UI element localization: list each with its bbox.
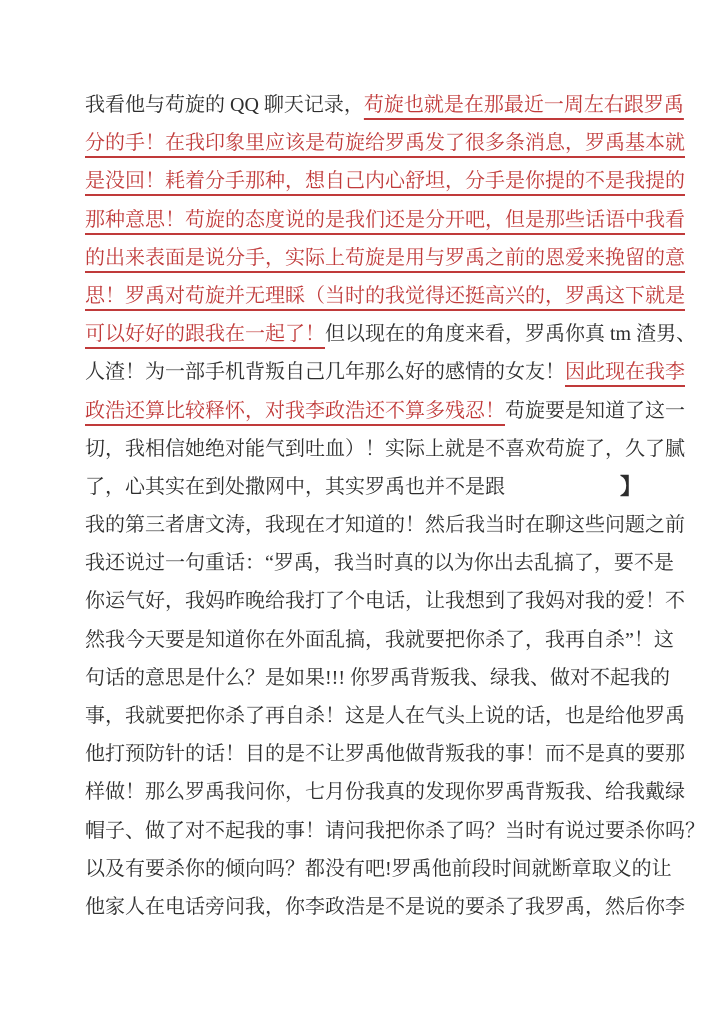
text-line: 我的第三者唐文涛，我现在才知道的！然后我当时在聊这些问题之前 [85,506,642,544]
text-line: 的出来表面是说分手，实际上苟旋是用与罗禹之前的恩爱来挽留的意 [85,239,642,277]
red-underlined-text-segment: 分的手！在我印象里应该是苟旋给罗禹发了很多条消息，罗禹基本就 [85,132,685,154]
text-line: 然我今天要是知道你在外面乱搞，我就要把你杀了，我再自杀”！这 [85,621,642,659]
text-line: 政浩还算比较释怀，对我李政浩还不算多残忍！苟旋要是知道了这一 [85,392,642,430]
text-line: 帽子、做了对不起我的事！请问我把你杀了吗？当时有说过要杀你吗？ [85,812,642,850]
text-line: 以及有要杀你的倾向吗？都没有吧!罗禹他前段时间就断章取义的让 [85,850,642,888]
text-block: 我看他与苟旋的 QQ 聊天记录，苟旋也就是在那最近一周左右跟罗禹分的手！在我印象… [85,86,642,926]
text-line: 人渣！为一部手机背叛自己几年那么好的感情的女友！因此现在我李 [85,353,642,391]
body-text-segment: 样做！那么罗禹我问你，七月份我真的发现你罗禹背叛我、给我戴绿 [85,781,685,803]
body-text-segment: 帽子、做了对不起我的事！请问我把你杀了吗？当时有说过要杀你吗？ [85,820,705,842]
red-underlined-text-segment: 的出来表面是说分手，实际上苟旋是用与罗禹之前的恩爱来挽留的意 [85,247,685,269]
body-text-segment: 我还说过一句重话：“罗禹，我当时真的以为你出去乱搞了，要不是 [85,552,674,574]
red-underlined-text-segment: 是没回！耗着分手那种，想自己内心舒坦，分手是你提的不是我提的 [85,170,685,192]
document-page: 我看他与苟旋的 QQ 聊天记录，苟旋也就是在那最近一周左右跟罗禹分的手！在我印象… [0,0,724,1024]
red-underlined-text-segment: 政浩还算比较释怀，对我李政浩还不算多残忍！ [85,400,505,422]
body-text-segment: 我看他与苟旋的 QQ 聊天记录， [85,94,364,116]
text-line: 样做！那么罗禹我问你，七月份我真的发现你罗禹背叛我、给我戴绿 [85,773,642,811]
text-line: 可以好好的跟我在一起了！但以现在的角度来看，罗禹你真 tm 渣男、 [85,315,642,353]
red-underlined-text-segment: 苟旋也就是在那最近一周左右跟罗禹 [364,94,684,116]
text-line: 我还说过一句重话：“罗禹，我当时真的以为你出去乱搞了，要不是 [85,544,642,582]
body-text-segment: 事，我就要把你杀了再自杀！这是人在气头上说的话，也是给他罗禹 [85,705,685,727]
text-line: 思！罗禹对苟旋并无理睬（当时的我觉得还挺高兴的，罗禹这下就是 [85,277,642,315]
text-line: 我看他与苟旋的 QQ 聊天记录，苟旋也就是在那最近一周左右跟罗禹 [85,86,642,124]
body-text-segment: 我的第三者唐文涛，我现在才知道的！然后我当时在聊这些问题之前 [85,514,685,536]
text-line: 分的手！在我印象里应该是苟旋给罗禹发了很多条消息，罗禹基本就 [85,124,642,162]
red-underlined-text-segment: 那种意思！苟旋的态度说的是我们还是分开吧，但是那些话语中我看 [85,209,685,231]
text-line: 切，我相信她绝对能气到吐血）！实际上就是不喜欢苟旋了，久了腻 [85,430,642,468]
body-text-segment: 他打预防针的话！目的是不让罗禹他做背叛我的事！而不是真的要那 [85,743,685,765]
text-line: 了，心其实在到处撒网中，其实罗禹也并不是跟】 [85,468,642,506]
body-text-segment: 但以现在的角度来看，罗禹你真 tm 渣男、 [325,323,696,345]
body-text-segment: 句话的意思是什么？是如果!!! 你罗禹背叛我、绿我、做对不起我的 [85,667,670,689]
closing-bracket-glyph: 】 [620,468,642,506]
text-line: 事，我就要把你杀了再自杀！这是人在气头上说的话，也是给他罗禹 [85,697,642,735]
body-text-segment: 了，心其实在到处撒网中，其实罗禹也并不是跟 [85,468,505,506]
red-underlined-text-segment: 因此现在我李 [565,361,685,383]
text-line: 句话的意思是什么？是如果!!! 你罗禹背叛我、绿我、做对不起我的 [85,659,642,697]
body-text-segment: 以及有要杀你的倾向吗？都没有吧!罗禹他前段时间就断章取义的让 [85,858,672,880]
text-line: 他打预防针的话！目的是不让罗禹他做背叛我的事！而不是真的要那 [85,735,642,773]
text-line: 那种意思！苟旋的态度说的是我们还是分开吧，但是那些话语中我看 [85,201,642,239]
body-text-segment: 然我今天要是知道你在外面乱搞，我就要把你杀了，我再自杀”！这 [85,629,674,651]
text-line: 他家人在电话旁问我，你李政浩是不是说的要杀了我罗禹，然后你李 [85,888,642,926]
body-text-segment: 他家人在电话旁问我，你李政浩是不是说的要杀了我罗禹，然后你李 [85,896,685,918]
text-line: 是没回！耗着分手那种，想自己内心舒坦，分手是你提的不是我提的 [85,162,642,200]
body-text-segment: 苟旋要是知道了这一 [505,400,685,422]
red-underlined-text-segment: 可以好好的跟我在一起了！ [85,323,325,345]
body-text-segment: 你运气好，我妈昨晚给我打了个电话，让我想到了我妈对我的爱！不 [85,590,685,612]
red-underlined-text-segment: 思！罗禹对苟旋并无理睬（当时的我觉得还挺高兴的，罗禹这下就是 [85,285,685,307]
body-text-segment: 切，我相信她绝对能气到吐血）！实际上就是不喜欢苟旋了，久了腻 [85,438,685,460]
body-text-segment: 人渣！为一部手机背叛自己几年那么好的感情的女友！ [85,361,565,383]
text-line: 你运气好，我妈昨晚给我打了个电话，让我想到了我妈对我的爱！不 [85,582,642,620]
